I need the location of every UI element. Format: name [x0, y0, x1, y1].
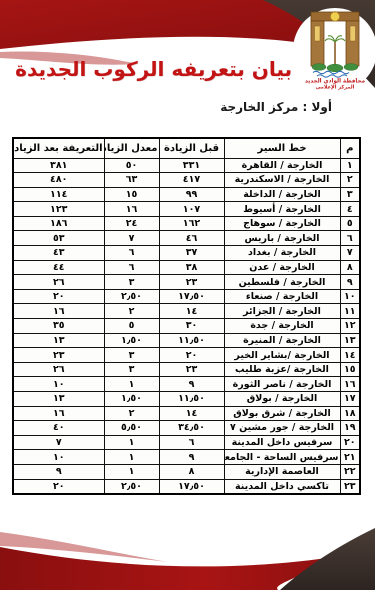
table-row: ١٧الخارجة / بولاق١١٫٥٠١٫٥٠١٣ [13, 392, 360, 407]
tariff-table: م خط السير قبل الزيادة معدل الزيادة التع… [12, 137, 361, 495]
footer-corner-brown-shape [280, 528, 375, 590]
row-number-cell: ٨ [340, 260, 360, 275]
increase-rate-cell: ٣ [104, 275, 159, 290]
before-increase-cell: ٢٣ [159, 275, 224, 290]
before-increase-cell: ١٤ [159, 304, 224, 319]
increase-rate-cell: ١٦ [104, 202, 159, 217]
after-increase-cell: ٢٦ [13, 362, 104, 377]
route-cell: الخارجة / ناصر الثورة [224, 377, 340, 392]
after-increase-cell: ١٦ [13, 406, 104, 421]
before-increase-cell: ٤٦ [159, 231, 224, 246]
table-row: ١٥الخارجة /عزبة طليب٢٣٣٢٦ [13, 362, 360, 377]
increase-rate-cell: ١ [104, 464, 159, 479]
route-cell: العاصمة الإدارية [224, 464, 340, 479]
increase-rate-cell: ٢٫٥٠ [104, 479, 159, 494]
increase-rate-cell: ٥٠ [104, 158, 159, 173]
table-row: ١٠الخارجة / صنعاء١٧٫٥٠٢٫٥٠٢٠ [13, 289, 360, 304]
pillar-niche-right [350, 26, 356, 41]
increase-rate-cell: ٢٤ [104, 216, 159, 231]
row-number-cell: ١٧ [340, 392, 360, 407]
route-cell: الخارجة / جور مشين ٧ [224, 421, 340, 436]
after-increase-cell: ١٦ [13, 304, 104, 319]
column-header-before-increase: قبل الزيادة [159, 138, 224, 158]
before-increase-cell: ١٤ [159, 406, 224, 421]
before-increase-cell: ١١٫٥٠ [159, 392, 224, 407]
before-increase-cell: ٣٤٫٥٠ [159, 421, 224, 436]
increase-rate-cell: ١٫٥٠ [104, 333, 159, 348]
route-cell: الخارجة / القاهرة [224, 158, 340, 173]
table-row: ١٦الخارجة / ناصر الثورة٩١١٠ [13, 377, 360, 392]
after-increase-cell: ١٢٣ [13, 202, 104, 217]
increase-rate-cell: ١ [104, 377, 159, 392]
row-number-cell: ٥ [340, 216, 360, 231]
governorate-logo: محافظة الوادي الجديد المركز الإعلامي [293, 8, 375, 92]
after-increase-cell: ١٣ [13, 392, 104, 407]
increase-rate-cell: ١٫٥٠ [104, 392, 159, 407]
route-cell: الخارجة / الداخلة [224, 187, 340, 202]
route-cell: الخارجة / عدن [224, 260, 340, 275]
route-cell: تاكسي داخل المدينة [224, 479, 340, 494]
section-label: أولا : مركز الخارجة [220, 100, 332, 114]
footer-banner [0, 520, 375, 590]
row-number-cell: ١٩ [340, 421, 360, 436]
table-row: ١٣الخارجة / المنيرة١١٫٥٠١٫٥٠١٣ [13, 333, 360, 348]
before-increase-cell: ٣٣١ [159, 158, 224, 173]
row-number-cell: ٦ [340, 231, 360, 246]
after-increase-cell: ٧ [13, 435, 104, 450]
after-increase-cell: ١٠ [13, 450, 104, 465]
increase-rate-cell: ٢ [104, 406, 159, 421]
tariff-flyer-page: { "header": { "title": "بيان بتعريفه الر… [0, 0, 375, 590]
table-row: ٦الخارجة / باريس٤٦٧٥٣ [13, 231, 360, 246]
row-number-cell: ٢٠ [340, 435, 360, 450]
increase-rate-cell: ٢٫٥٠ [104, 289, 159, 304]
increase-rate-cell: ٦ [104, 246, 159, 261]
after-increase-cell: ١٣ [13, 333, 104, 348]
table-row: ٧الخارجة / بغداد٣٧٦٤٣ [13, 246, 360, 261]
after-increase-cell: ٢٠ [13, 289, 104, 304]
route-cell: الخارجة / جدة [224, 319, 340, 334]
route-cell: الخارجة /عزبة طليب [224, 362, 340, 377]
route-cell: الخارجة / شرق بولاق [224, 406, 340, 421]
column-header-number: م [340, 138, 360, 158]
row-number-cell: ١٥ [340, 362, 360, 377]
before-increase-cell: ٩ [159, 377, 224, 392]
before-increase-cell: ١٠٧ [159, 202, 224, 217]
table-row: ٢٢العاصمة الإدارية٨١٩ [13, 464, 360, 479]
after-increase-cell: ٢٠ [13, 479, 104, 494]
pillar-niche-left [315, 26, 321, 41]
table-row: ٢الخارجة / الاسكندرية٤١٧٦٣٤٨٠ [13, 173, 360, 188]
increase-rate-cell: ٥٫٥٠ [104, 421, 159, 436]
route-cell: الخارجة / الاسكندرية [224, 173, 340, 188]
increase-rate-cell: ١ [104, 435, 159, 450]
table-row: ٤الخارجة / أسيوط١٠٧١٦١٢٣ [13, 202, 360, 217]
table-row: ١٤الخارجة /بشاير الخير٢٠٣٢٣ [13, 348, 360, 363]
increase-rate-cell: ٣ [104, 362, 159, 377]
before-increase-cell: ٣٧ [159, 246, 224, 261]
route-cell: الخارجة /بشاير الخير [224, 348, 340, 363]
route-cell: الخارجة / صنعاء [224, 289, 340, 304]
before-increase-cell: ١٦٢ [159, 216, 224, 231]
before-increase-cell: ٨ [159, 464, 224, 479]
increase-rate-cell: ٣ [104, 348, 159, 363]
row-number-cell: ١٠ [340, 289, 360, 304]
after-increase-cell: ٥٣ [13, 231, 104, 246]
after-increase-cell: ١٠ [13, 377, 104, 392]
row-number-cell: ٩ [340, 275, 360, 290]
route-cell: الخارجة / بغداد [224, 246, 340, 261]
column-header-after-increase: التعريفة بعد الزيادة [13, 138, 104, 158]
increase-rate-cell: ٧ [104, 231, 159, 246]
table-header-row: م خط السير قبل الزيادة معدل الزيادة التع… [13, 138, 360, 158]
tariff-table-body: ١الخارجة / القاهرة٣٣١٥٠٣٨١٢الخارجة / الا… [13, 158, 360, 494]
after-increase-cell: ١١٤ [13, 187, 104, 202]
row-number-cell: ١ [340, 158, 360, 173]
route-cell: الخارجة / باريس [224, 231, 340, 246]
row-number-cell: ١٤ [340, 348, 360, 363]
before-increase-cell: ١١٫٥٠ [159, 333, 224, 348]
increase-rate-cell: ٦ [104, 260, 159, 275]
before-increase-cell: ٢٣ [159, 362, 224, 377]
table-row: ٢١سرفيس الساحة - الجامعة٩١١٠ [13, 450, 360, 465]
increase-rate-cell: ١٥ [104, 187, 159, 202]
row-number-cell: ١٢ [340, 319, 360, 334]
route-cell: الخارجة / المنيرة [224, 333, 340, 348]
after-increase-cell: ١٨٦ [13, 216, 104, 231]
logo-line2: المركز الإعلامي [316, 85, 355, 91]
table-row: ١٨الخارجة / شرق بولاق١٤٢١٦ [13, 406, 360, 421]
table-row: ١١الخارجة / الجزائر١٤٢١٦ [13, 304, 360, 319]
after-increase-cell: ٣٥ [13, 319, 104, 334]
table-row: ١٢الخارجة / جدة٣٠٥٣٥ [13, 319, 360, 334]
table-row: ٨الخارجة / عدن٣٨٦٤٤ [13, 260, 360, 275]
after-increase-cell: ٤٤ [13, 260, 104, 275]
after-increase-cell: ٢٣ [13, 348, 104, 363]
before-increase-cell: ٤١٧ [159, 173, 224, 188]
before-increase-cell: ٣٠ [159, 319, 224, 334]
increase-rate-cell: ٥ [104, 319, 159, 334]
after-increase-cell: ٤٠ [13, 421, 104, 436]
after-increase-cell: ٢٦ [13, 275, 104, 290]
column-header-route: خط السير [224, 138, 340, 158]
row-number-cell: ١٦ [340, 377, 360, 392]
row-number-cell: ٢ [340, 173, 360, 188]
before-increase-cell: ٩ [159, 450, 224, 465]
increase-rate-cell: ١ [104, 450, 159, 465]
route-cell: الخارجة / الجزائر [224, 304, 340, 319]
after-increase-cell: ٤٨٠ [13, 173, 104, 188]
row-number-cell: ٤ [340, 202, 360, 217]
page-title: بيان بتعريفه الركوب الجديدة [15, 57, 292, 81]
before-increase-cell: ٦ [159, 435, 224, 450]
row-number-cell: ٢٣ [340, 479, 360, 494]
row-number-cell: ٢٢ [340, 464, 360, 479]
route-cell: الخارجة / أسيوط [224, 202, 340, 217]
table-row: ٥الخارجة / سوهاج١٦٢٢٤١٨٦ [13, 216, 360, 231]
row-number-cell: ١٣ [340, 333, 360, 348]
table-row: ٢٣تاكسي داخل المدينة١٧٫٥٠٢٫٥٠٢٠ [13, 479, 360, 494]
row-number-cell: ١٨ [340, 406, 360, 421]
table-row: ٢٠سرفيس داخل المدينة٦١٧ [13, 435, 360, 450]
row-number-cell: ٧ [340, 246, 360, 261]
route-cell: الخارجة / سوهاج [224, 216, 340, 231]
before-increase-cell: ١٧٫٥٠ [159, 289, 224, 304]
table-row: ١الخارجة / القاهرة٣٣١٥٠٣٨١ [13, 158, 360, 173]
after-increase-cell: ٣٨١ [13, 158, 104, 173]
route-cell: الخارجة / فلسطين [224, 275, 340, 290]
after-increase-cell: ٤٣ [13, 246, 104, 261]
before-increase-cell: ٣٨ [159, 260, 224, 275]
before-increase-cell: ٩٩ [159, 187, 224, 202]
route-cell: سرفيس داخل المدينة [224, 435, 340, 450]
after-increase-cell: ٩ [13, 464, 104, 479]
table-row: ١٩الخارجة / جور مشين ٧٣٤٫٥٠٥٫٥٠٤٠ [13, 421, 360, 436]
column-header-increase-rate: معدل الزيادة [104, 138, 159, 158]
route-cell: سرفيس الساحة - الجامعة [224, 450, 340, 465]
increase-rate-cell: ٦٣ [104, 173, 159, 188]
row-number-cell: ٣ [340, 187, 360, 202]
foliage-shapes [312, 64, 358, 72]
increase-rate-cell: ٢ [104, 304, 159, 319]
row-number-cell: ١١ [340, 304, 360, 319]
row-number-cell: ٢١ [340, 450, 360, 465]
table-row: ٩الخارجة / فلسطين٢٣٣٢٦ [13, 275, 360, 290]
table-row: ٣الخارجة / الداخلة٩٩١٥١١٤ [13, 187, 360, 202]
route-cell: الخارجة / بولاق [224, 392, 340, 407]
before-increase-cell: ١٧٫٥٠ [159, 479, 224, 494]
before-increase-cell: ٢٠ [159, 348, 224, 363]
